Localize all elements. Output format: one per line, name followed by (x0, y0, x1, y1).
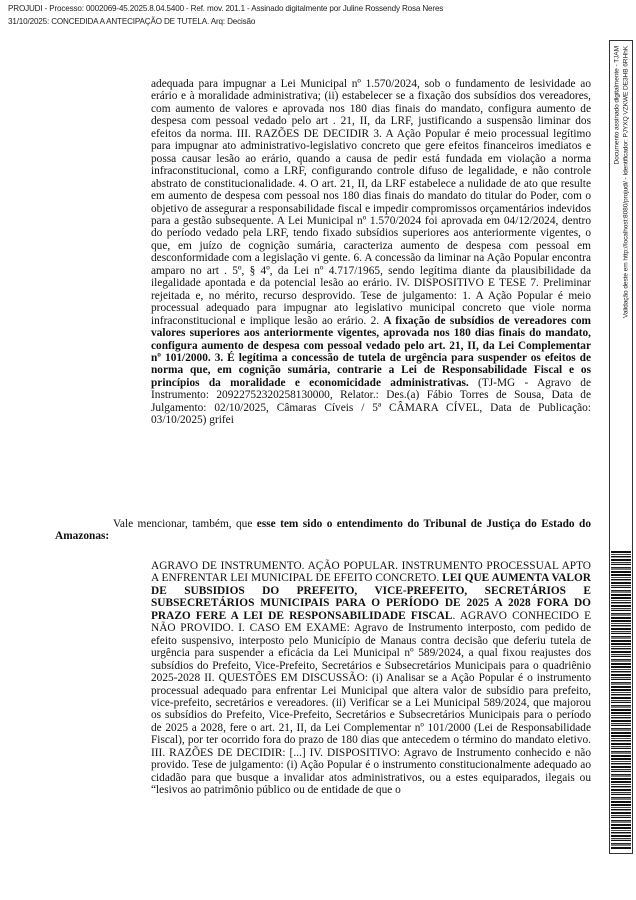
header-movement-line: 31/10/2025: CONCEDIDA A ANTECIPAÇÃO DE T… (8, 16, 598, 29)
jurisprudence-quote-tjam: AGRAVO DE INSTRUMENTO. AÇÃO POPULAR. INS… (151, 560, 591, 797)
signature-text-block: Documento assinado digitalmente - TJAM V… (610, 41, 634, 551)
body-paragraph: Vale mencionar, também, que esse tem sid… (55, 518, 591, 543)
digital-signature-stamp: Documento assinado digitalmente - TJAM V… (609, 40, 633, 854)
jurisprudence-quote-tjmg: adequada para impugnar a Lei Municipal n… (151, 78, 591, 427)
quote-text-continued: . AGRAVO CONHECIDO E NÃO PROVIDO. I. CAS… (151, 610, 591, 796)
document-header: PROJUDI - Processo: 0002069-45.2025.8.04… (8, 3, 598, 28)
signature-line: Documento assinado digitalmente - TJAM (614, 46, 623, 546)
quote-text: adequada para impugnar a Lei Municipal n… (151, 78, 591, 327)
barcode (611, 551, 631, 849)
validation-line: Validação deste em http://localhost:8080… (622, 46, 631, 546)
paragraph-text: Vale mencionar, também, que (113, 518, 257, 530)
header-process-line: PROJUDI - Processo: 0002069-45.2025.8.04… (8, 3, 598, 16)
